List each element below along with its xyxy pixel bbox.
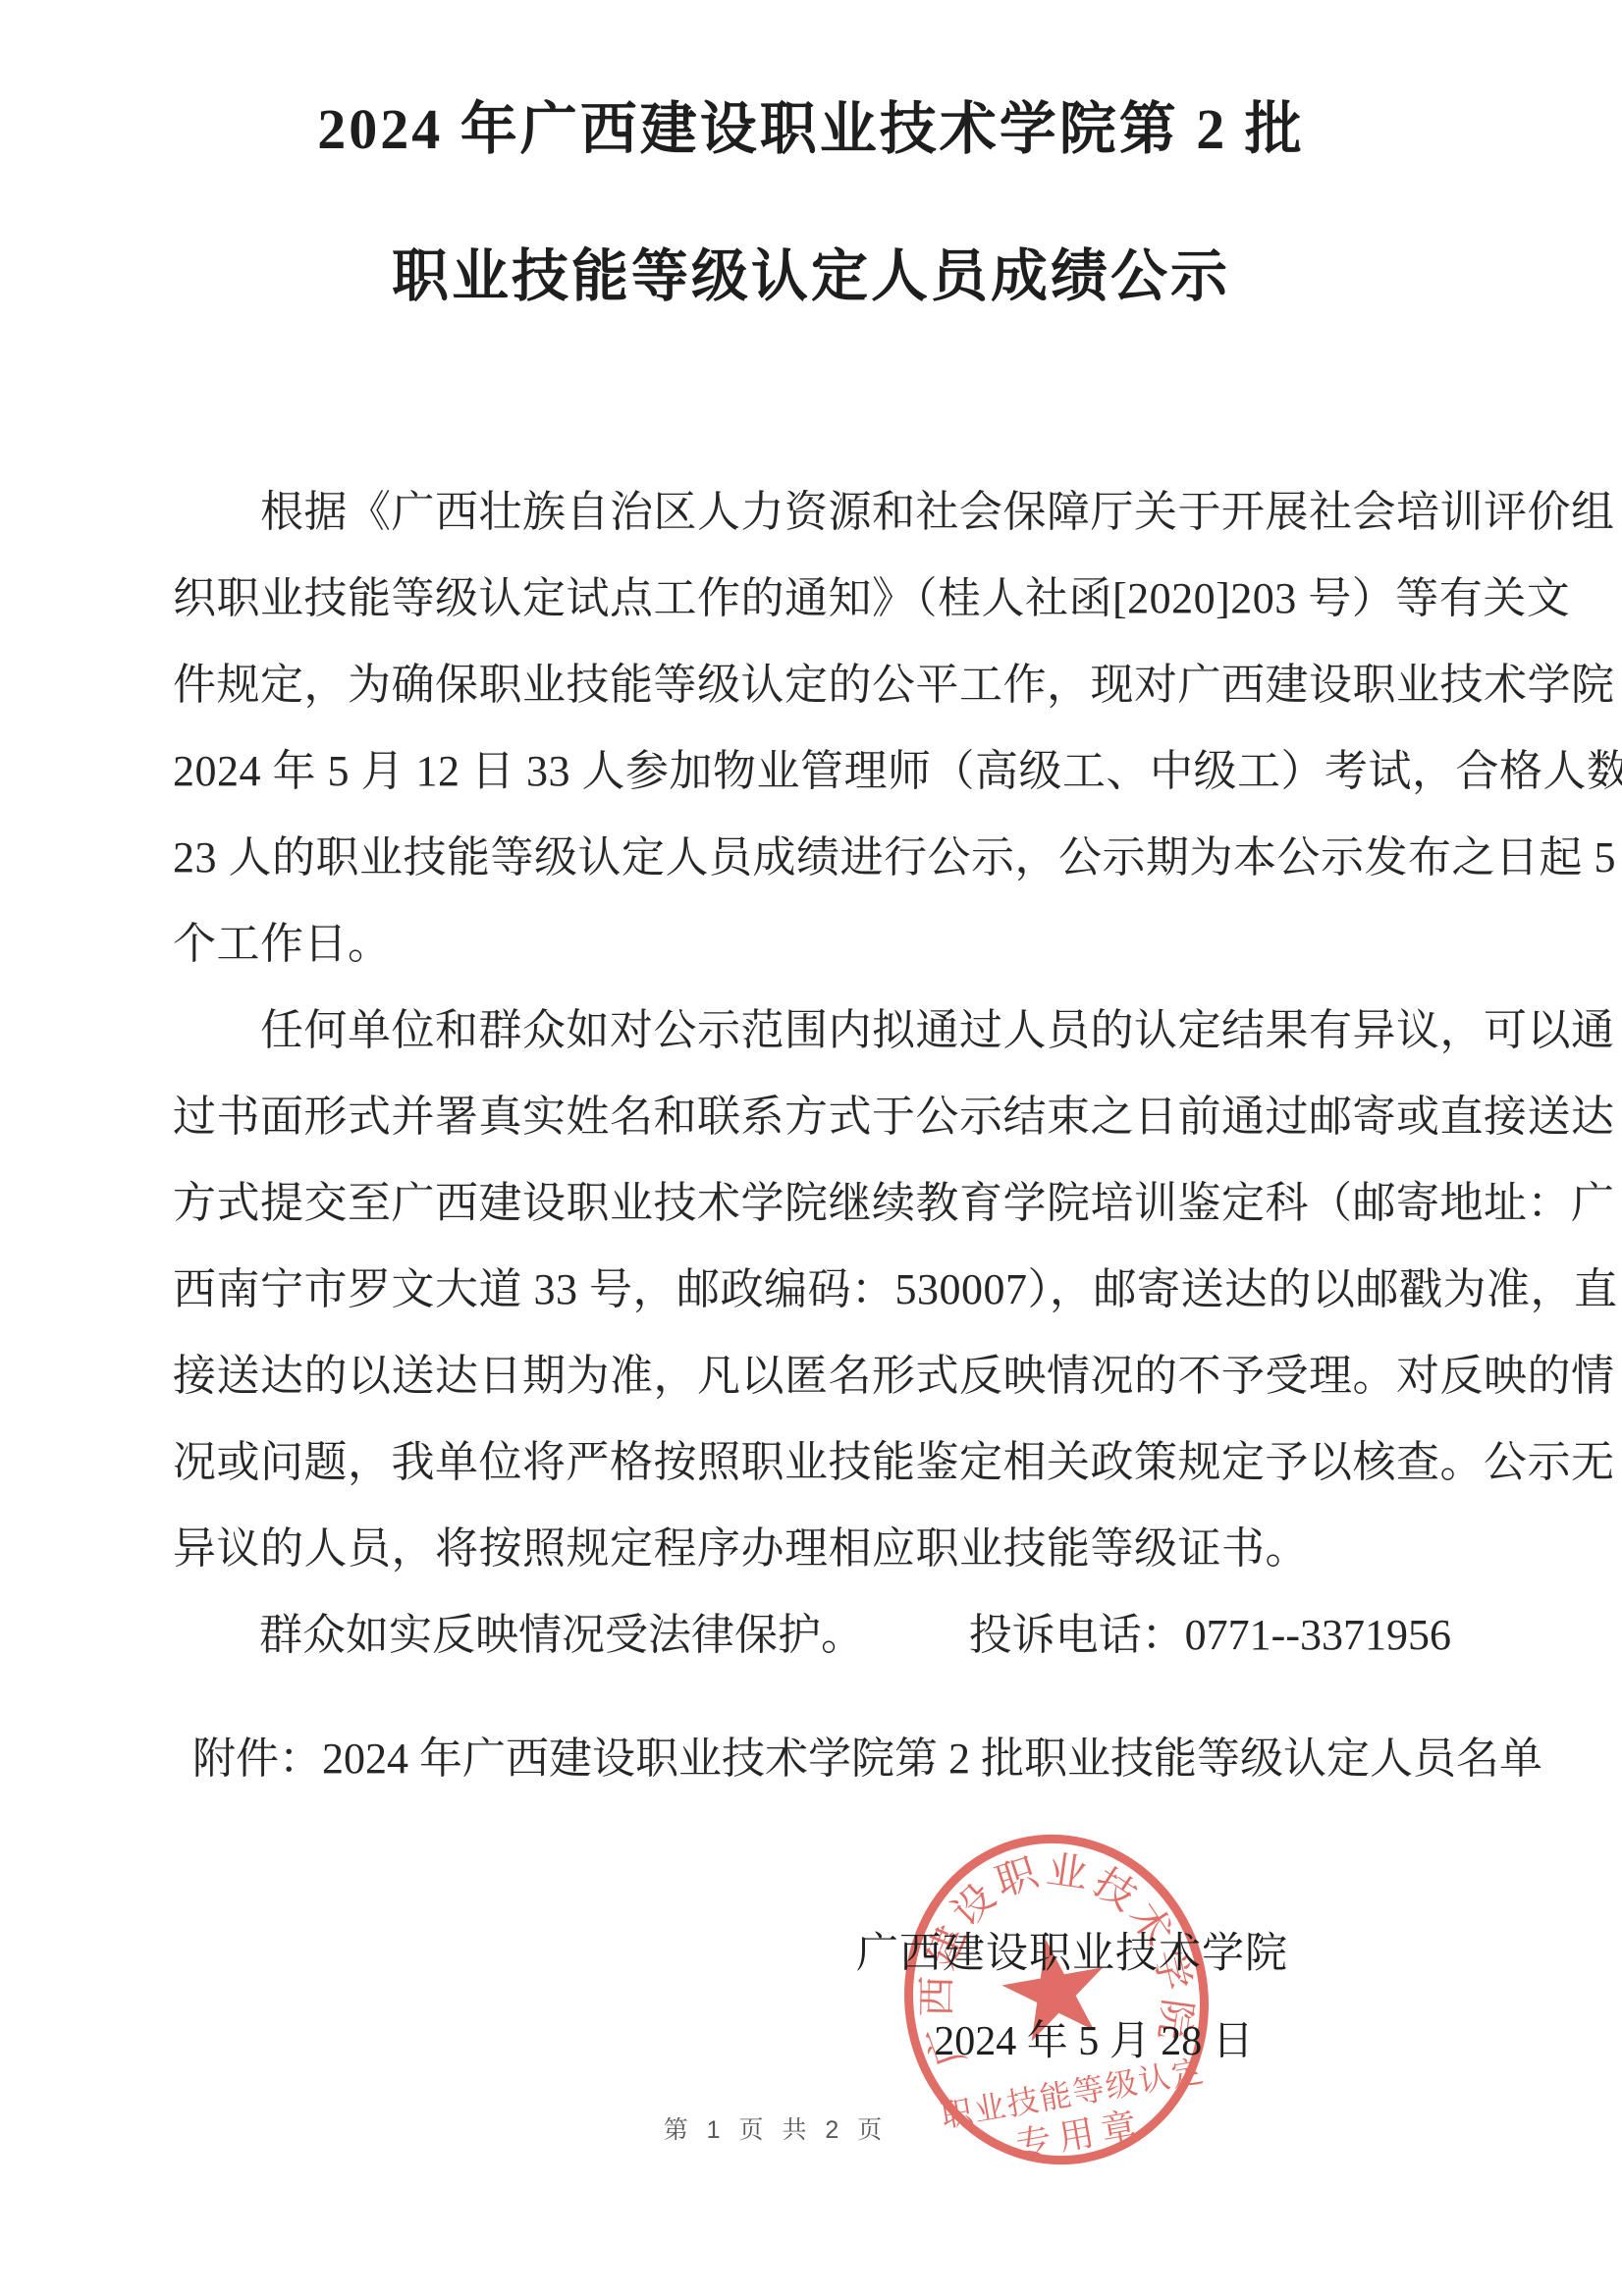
- body-text-line: 接送达的以送达日期为准，凡以匿名形式反映情况的不予受理。对反映的情: [173, 1333, 1451, 1419]
- official-seal: 广西建设职业技术学院 职业技能等级认定 专用章: [880, 1811, 1233, 2194]
- document-title-line2: 职业技能等级认定人员成绩公示: [0, 230, 1622, 312]
- body-text-line: 件规定，为确保职业技能等级认定的公平工作，现对广西建设职业技术学院: [173, 642, 1451, 728]
- body-text-line: 织职业技能等级认定试点工作的通知》（桂人社函[2020]203 号）等有关文: [173, 556, 1451, 642]
- body-text-line: 个工作日。: [173, 901, 1451, 988]
- body-text-line: 23 人的职业技能等级认定人员成绩进行公示，公示期为本公示发布之日起 5: [173, 815, 1451, 901]
- document-body: 根据《广西壮族自治区人力资源和社会保障厅关于开展社会培训评价组织职业技能等级认定…: [173, 469, 1451, 1802]
- protection-line: 群众如实反映情况受法律保护。 投诉电话：0771--3371956: [173, 1592, 1451, 1679]
- official-seal-graphic: 广西建设职业技术学院 职业技能等级认定 专用章: [880, 1811, 1233, 2194]
- body-text-line: 2024 年 5 月 12 日 33 人参加物业管理师（高级工、中级工）考试，合…: [173, 728, 1451, 815]
- attachment-line: 附件：2024 年广西建设职业技术学院第 2 批职业技能等级认定人员名单: [173, 1716, 1451, 1802]
- body-text-line: 任何单位和群众如对公示范围内拟通过人员的认定结果有异议，可以通: [173, 988, 1451, 1074]
- body-text-line: 方式提交至广西建设职业技术学院继续教育学院培训鉴定科（邮寄地址：广: [173, 1160, 1451, 1247]
- signature-organization: 广西建设职业技术学院: [856, 1920, 1288, 1980]
- protection-statement: 群众如实反映情况受法律保护。: [173, 1592, 864, 1679]
- body-text-line: 况或问题，我单位将严格按照职业技能鉴定相关政策规定予以核查。公示无: [173, 1419, 1451, 1506]
- document-title-line1: 2024 年广西建设职业技术学院第 2 批: [0, 82, 1622, 165]
- complaint-phone: 投诉电话：0771--3371956: [969, 1592, 1451, 1679]
- body-text-line: 根据《广西壮族自治区人力资源和社会保障厅关于开展社会培训评价组: [173, 469, 1451, 556]
- document-page: 2024 年广西建设职业技术学院第 2 批 职业技能等级认定人员成绩公示 根据《…: [0, 0, 1622, 2296]
- body-paragraphs: 根据《广西壮族自治区人力资源和社会保障厅关于开展社会培训评价组织职业技能等级认定…: [173, 469, 1451, 1592]
- signature-date: 2024 年 5 月 28 日: [934, 2008, 1254, 2067]
- body-text-line: 异议的人员，将按照规定程序办理相应职业技能等级证书。: [173, 1506, 1451, 1592]
- body-text-line: 西南宁市罗文大道 33 号，邮政编码：530007），邮寄送达的以邮戳为准，直: [173, 1247, 1451, 1333]
- body-text-line: 过书面形式并署真实姓名和联系方式于公示结束之日前通过邮寄或直接送达: [173, 1074, 1451, 1160]
- page-number-footer: 第 1 页 共 2 页: [619, 2110, 933, 2146]
